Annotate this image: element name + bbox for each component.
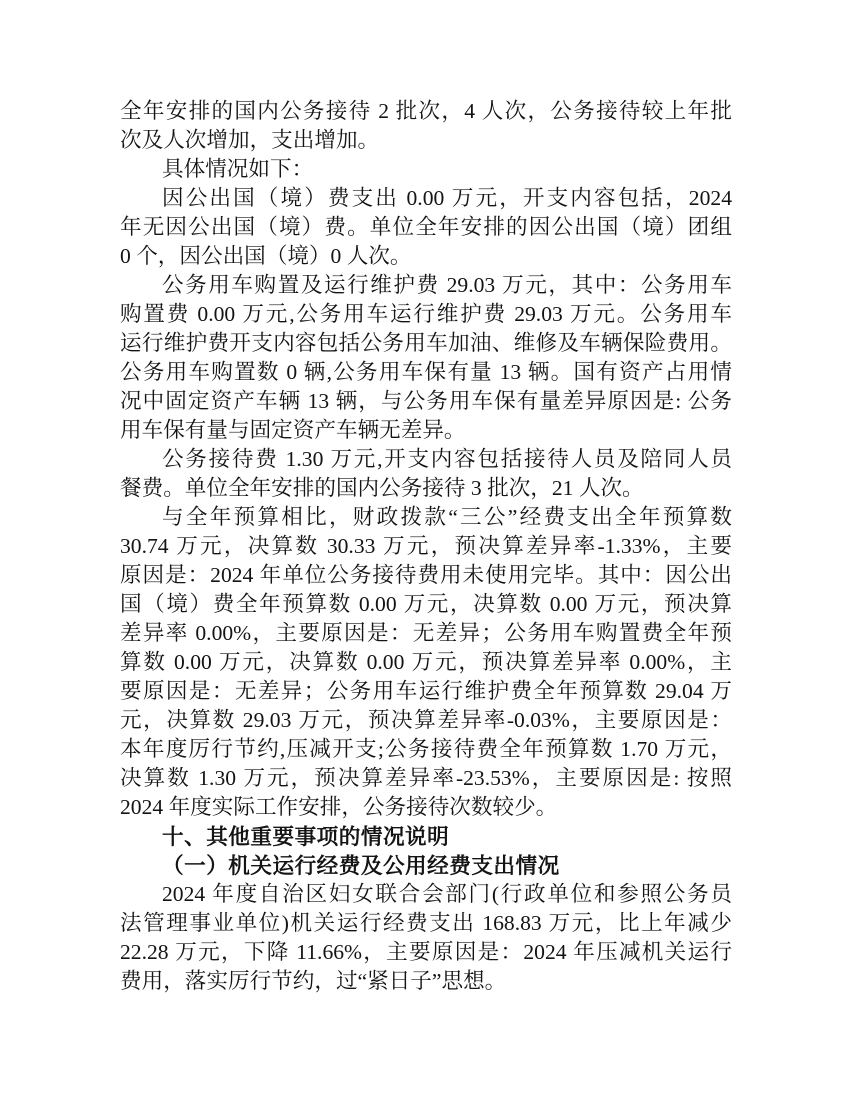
document-page: 全年安排的国内公务接待 2 批次，4 人次，公务接待较上年批次及人次增加，支出增… <box>0 0 850 1100</box>
text-line: 因公出国（境）费支出 0.00 万元，开支内容包括，2024 <box>120 184 732 213</box>
text-line: 购置费 0.00 万元,公务用车运行维护费 29.03 万元。公务用车 <box>120 300 732 329</box>
section-heading: 十、其他重要事项的情况说明 <box>120 822 732 851</box>
text-line: 餐费。单位全年安排的国内公务接待 3 批次，21 人次。 <box>120 474 732 503</box>
text-line: 公务用车购置数 0 辆,公务用车保有量 13 辆。国有资产占用情 <box>120 358 732 387</box>
text-line: 公务用车购置及运行维护费 29.03 万元，其中：公务用车 <box>120 271 732 300</box>
text-line: 况中固定资产车辆 13 辆，与公务用车保有量差异原因是: 公务 <box>120 387 732 416</box>
text-line: 运行维护费开支内容包括公务用车加油、维修及车辆保险费用。 <box>120 329 732 358</box>
text-line: 本年度厉行节约,压减开支;公务接待费全年预算数 1.70 万元， <box>120 735 732 764</box>
text-line: 原因是：2024 年单位公务接待费用未使用完毕。其中：因公出 <box>120 561 732 590</box>
text-line: 2024 年度实际工作安排，公务接待次数较少。 <box>120 793 732 822</box>
text-line: 年无因公出国（境）费。单位全年安排的因公出国（境）团组 <box>120 213 732 242</box>
text-line: 决算数 1.30 万元，预决算差异率-23.53%，主要原因是: 按照 <box>120 764 732 793</box>
text-line: 公务接待费 1.30 万元,开支内容包括接待人员及陪同人员 <box>120 445 732 474</box>
text-line: 次及人次增加，支出增加。 <box>120 126 732 155</box>
text-line: 国（境）费全年预算数 0.00 万元，决算数 0.00 万元，预决算 <box>120 590 732 619</box>
text-line: 与全年预算相比，财政拨款“三公”经费支出全年预算数 <box>120 503 732 532</box>
subsection-heading: （一）机关运行经费及公用经费支出情况 <box>120 851 732 880</box>
text-line: 用车保有量与固定资产车辆无差异。 <box>120 416 732 445</box>
text-line: 差异率 0.00%，主要原因是：无差异；公务用车购置费全年预 <box>120 619 732 648</box>
text-line: 30.74 万元，决算数 30.33 万元，预决算差异率-1.33%，主要 <box>120 532 732 561</box>
text-line: 元，决算数 29.03 万元，预决算差异率-0.03%，主要原因是： <box>120 706 732 735</box>
text-line: 算数 0.00 万元，决算数 0.00 万元，预决算差异率 0.00%，主 <box>120 648 732 677</box>
text-line: 法管理事业单位)机关运行经费支出 168.83 万元，比上年减少 <box>120 909 732 938</box>
text-line: 费用，落实厉行节约，过“紧日子”思想。 <box>120 967 732 996</box>
document-text-block: 全年安排的国内公务接待 2 批次，4 人次，公务接待较上年批次及人次增加，支出增… <box>120 97 732 996</box>
text-line: 具体情况如下： <box>120 155 732 184</box>
text-line: 全年安排的国内公务接待 2 批次，4 人次，公务接待较上年批 <box>120 97 732 126</box>
text-line: 22.28 万元，下降 11.66%，主要原因是：2024 年压减机关运行 <box>120 938 732 967</box>
text-line: 2024 年度自治区妇女联合会部门(行政单位和参照公务员 <box>120 880 732 909</box>
text-line: 要原因是：无差异；公务用车运行维护费全年预算数 29.04 万 <box>120 677 732 706</box>
text-line: 0 个，因公出国（境）0 人次。 <box>120 242 732 271</box>
